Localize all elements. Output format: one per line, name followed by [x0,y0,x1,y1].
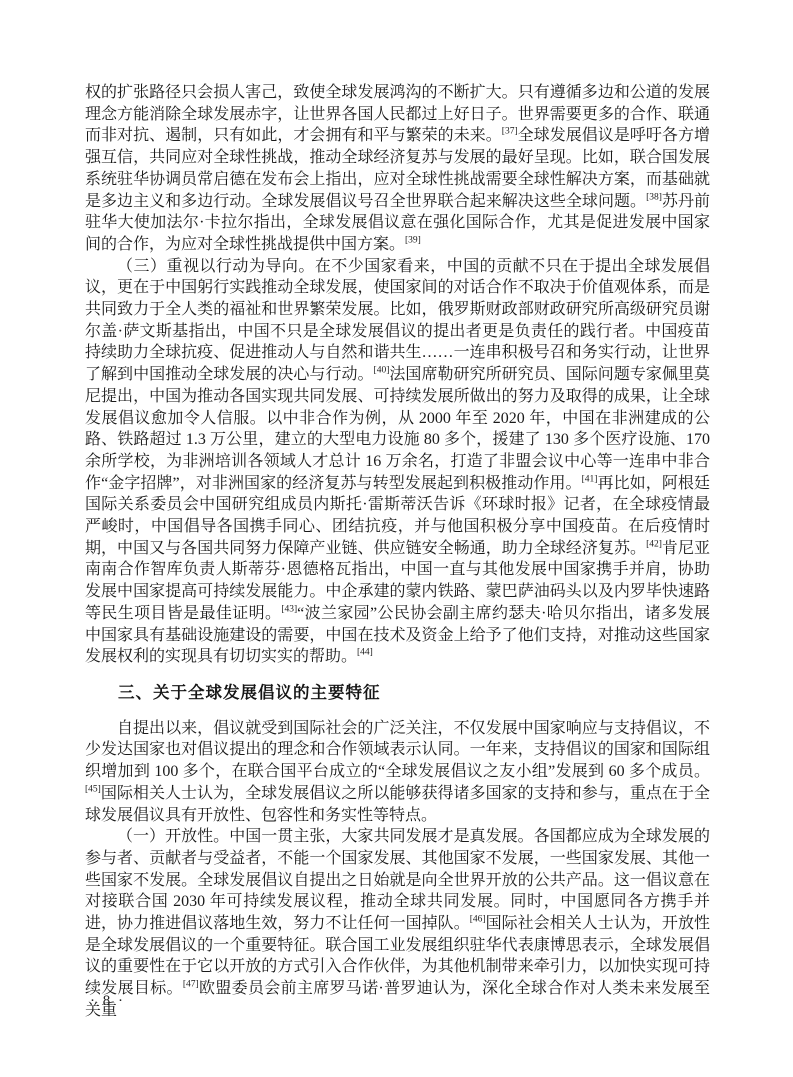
paragraph: 自提出以来，倡议就受到国际社会的广泛关注，不仅发展中国家响应与支持倡议，不少发达… [85,718,710,827]
body-text: 法国席勒研究所研究员、国际问题专家佩里莫尼提出，中国为推动各国实现共同发展、可持… [85,366,710,492]
citation-ref: [45] [85,784,101,794]
paragraph: 权的扩张路径只会损人害己，致使全球发展鸿沟的不断扩大。只有遵循多边和公道的发展理… [85,82,710,256]
section-heading: 三、关于全球发展倡议的主要特征 [85,683,710,705]
citation-ref: [43] [281,605,297,615]
citation-ref: [38] [646,192,662,202]
body-text: （三）重视以行动为导向。在不少国家看来，中国的贡献不只在于提出全球发展倡议，更在… [85,258,710,384]
citation-ref: [46] [470,915,486,925]
document-page: 权的扩张路径只会损人害己，致使全球发展鸿沟的不断扩大。只有遵循多边和公道的发展理… [0,0,793,1077]
citation-ref: [44] [357,648,373,658]
citation-ref: [40] [374,366,390,376]
citation-ref: [41] [582,474,598,484]
paragraph: （一）开放性。中国一贯主张，大家共同发展才是真发展。各国都应成为全球发展的参与者… [85,826,710,1021]
citation-ref: [42] [646,539,662,549]
citation-ref: [47] [183,980,199,990]
citation-ref: [37] [502,127,518,137]
paragraph: （三）重视以行动为导向。在不少国家看来，中国的贡献不只在于提出全球发展倡议，更在… [85,256,710,668]
body-text: 国际相关人士认为，全球发展倡议之所以能够获得诸多国家的支持和参与，重点在于全球发… [85,785,710,824]
document-body: 权的扩张路径只会损人害己，致使全球发展鸿沟的不断扩大。只有遵循多边和公道的发展理… [85,82,710,1022]
page-number: · 8 · [90,993,125,1010]
citation-ref: [39] [405,236,421,246]
body-text: 自提出以来，倡议就受到国际社会的广泛关注，不仅发展中国家响应与支持倡议，不少发达… [85,720,710,780]
